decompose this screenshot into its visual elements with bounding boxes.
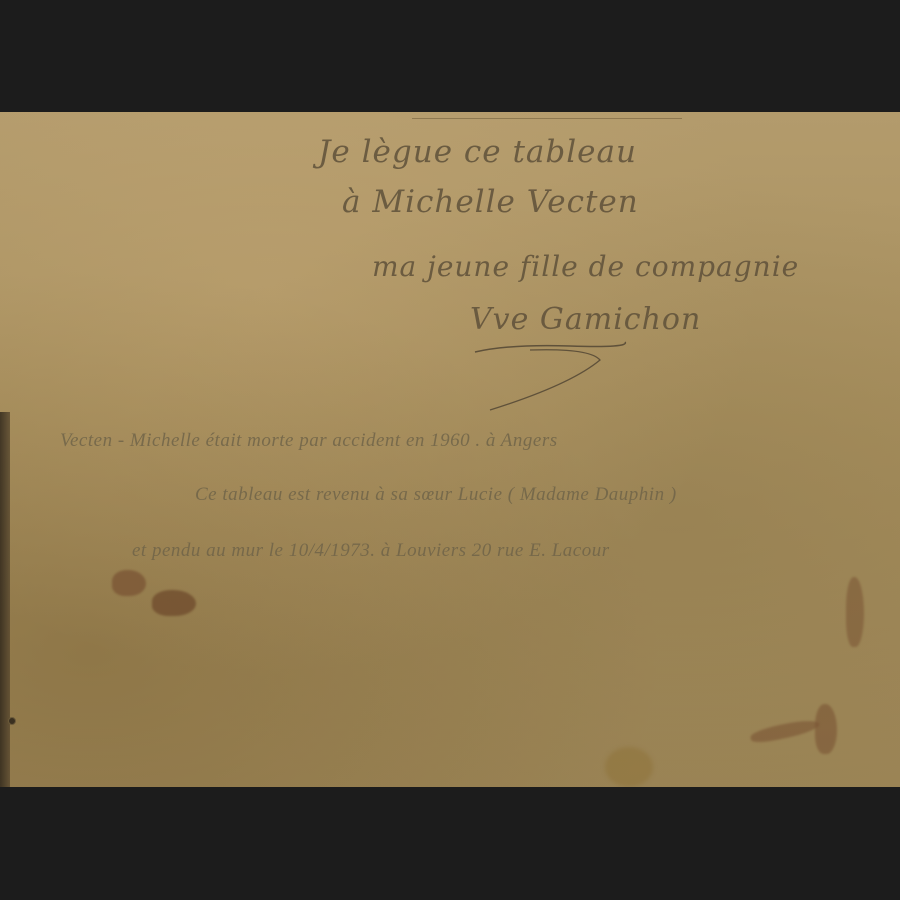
- cardboard-backing: Je lègue ce tableau à Michelle Vecten ma…: [0, 112, 900, 787]
- water-ring: [605, 747, 653, 787]
- nail-hole: [8, 717, 16, 725]
- pencil-line-3: et pendu au mur le 10/4/1973. à Louviers…: [132, 540, 610, 562]
- ink-line-2: à Michelle Vecten: [342, 184, 639, 220]
- pencil-line-1: Vecten - Michelle était morte par accide…: [60, 430, 558, 452]
- frame-left-edge: [0, 412, 10, 787]
- signature: Vve Gamichon: [470, 302, 701, 337]
- stain: [846, 577, 864, 647]
- ink-line-1: Je lègue ce tableau: [318, 134, 637, 170]
- stain: [112, 570, 146, 596]
- signature-flourish: [470, 340, 630, 420]
- frame-top-edge-line: [412, 118, 682, 119]
- stain: [749, 717, 820, 745]
- ink-line-3: ma jeune fille de compagnie: [372, 250, 799, 283]
- stain: [152, 590, 196, 616]
- pencil-line-2: Ce tableau est revenu à sa sœur Lucie ( …: [195, 484, 677, 506]
- stain: [815, 704, 837, 754]
